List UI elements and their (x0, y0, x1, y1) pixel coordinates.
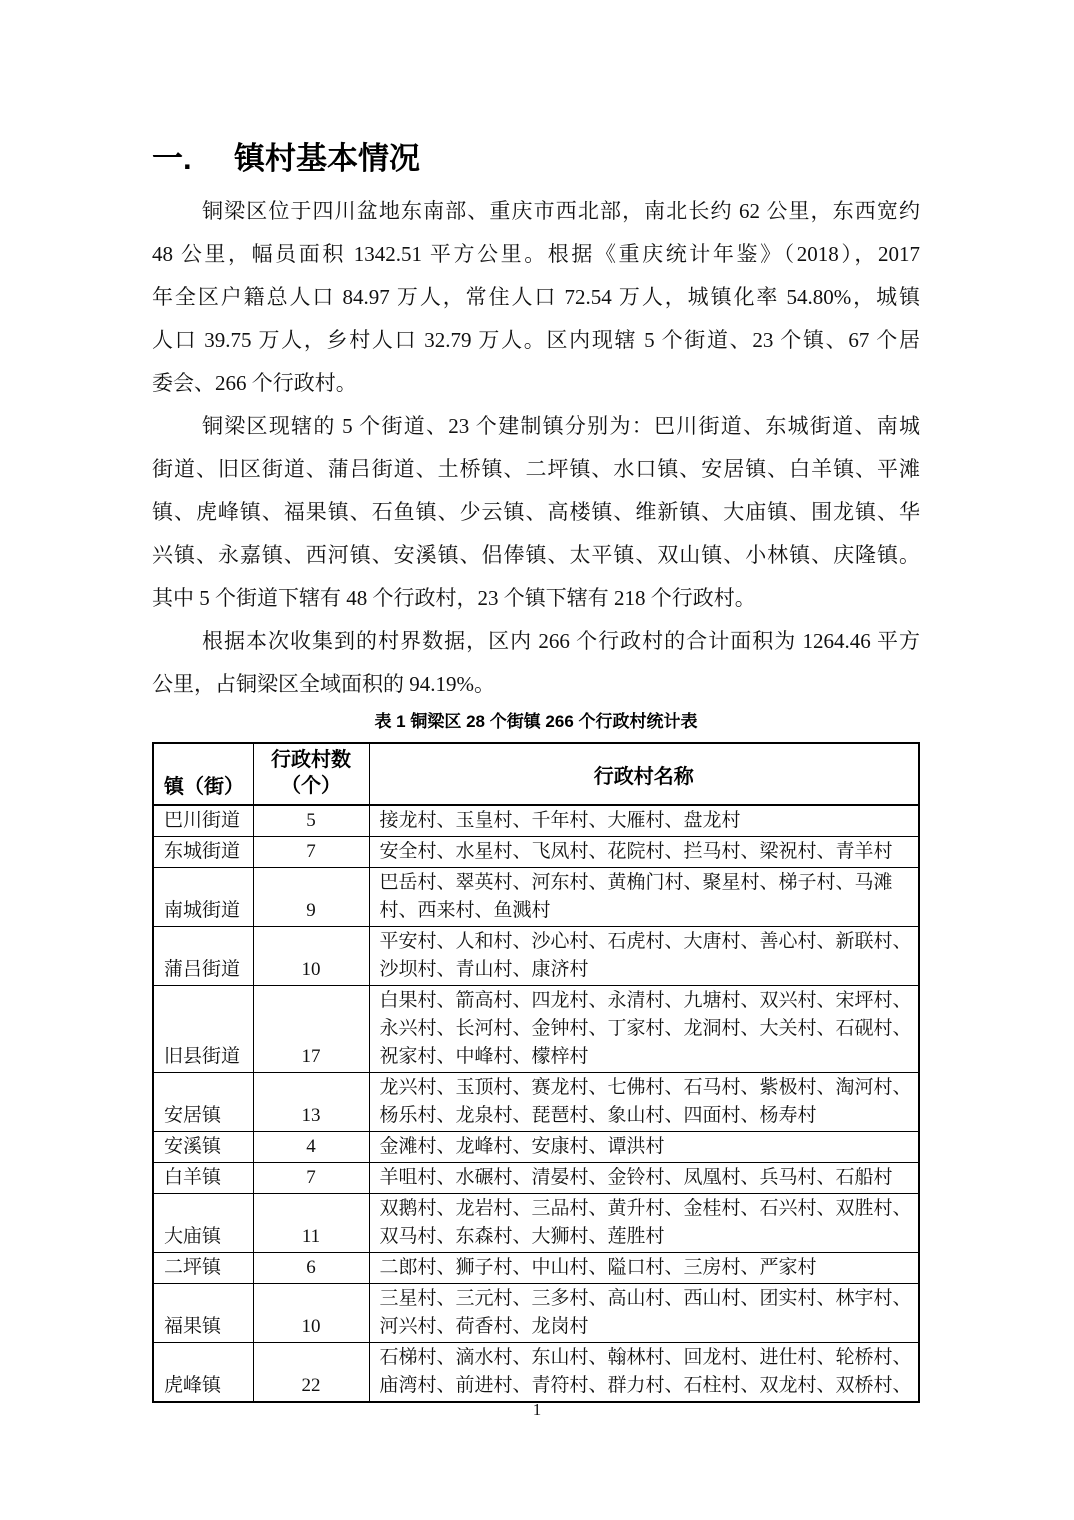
paragraph-line: 街道、旧区街道、蒲吕街道、土桥镇、二坪镇、水口镇、安居镇、白羊镇、平滩 (152, 448, 920, 491)
town-cell: 安溪镇 (153, 1132, 253, 1163)
count-cell: 6 (253, 1253, 369, 1284)
count-cell: 17 (253, 986, 369, 1073)
col-header-town: 镇（街） (153, 743, 253, 805)
villages-table: 镇（街） 行政村数 （个） 行政村名称 巴川街道5接龙村、玉皇村、千年村、大雁村… (152, 742, 920, 1403)
villages-cell: 双鹅村、龙岩村、三品村、黄升村、金桂村、石兴村、双胜村、双马村、东森村、大狮村、… (369, 1194, 919, 1253)
town-cell: 东城街道 (153, 837, 253, 868)
count-cell: 5 (253, 805, 369, 837)
paragraph-line: 铜梁区位于四川盆地东南部、重庆市西北部，南北长约 62 公里，东西宽约 (152, 190, 920, 233)
villages-cell: 羊咀村、水碾村、清晏村、金铃村、凤凰村、兵马村、石船村 (369, 1163, 919, 1194)
table-row: 旧县街道17白果村、箭高村、四龙村、永清村、九塘村、双兴村、宋坪村、永兴村、长河… (153, 986, 919, 1073)
count-cell: 10 (253, 927, 369, 986)
town-cell: 南城街道 (153, 868, 253, 927)
count-cell: 7 (253, 837, 369, 868)
villages-cell: 接龙村、玉皇村、千年村、大雁村、盘龙村 (369, 805, 919, 837)
table-row: 蒲吕街道10平安村、人和村、沙心村、石虎村、大唐村、善心村、新联村、沙坝村、青山… (153, 927, 919, 986)
table-row: 二坪镇6二郎村、狮子村、中山村、隘口村、三房村、严家村 (153, 1253, 919, 1284)
paragraph-line: 48 公里，幅员面积 1342.51 平方公里。根据《重庆统计年鉴》（2018）… (152, 233, 920, 276)
paragraph-line: 铜梁区现辖的 5 个街道、23 个建制镇分别为：巴川街道、东城街道、南城 (152, 405, 920, 448)
title-text: 镇村基本情况 (234, 141, 420, 176)
table-body: 巴川街道5接龙村、玉皇村、千年村、大雁村、盘龙村东城街道7安全村、水星村、飞凤村… (153, 805, 919, 1402)
table-row: 福果镇10三星村、三元村、三多村、高山村、西山村、团实村、林宇村、河兴村、荷香村… (153, 1284, 919, 1343)
table-row: 安溪镇4金滩村、龙峰村、安康村、谭洪村 (153, 1132, 919, 1163)
villages-cell: 白果村、箭高村、四龙村、永清村、九塘村、双兴村、宋坪村、永兴村、长河村、金钟村、… (369, 986, 919, 1073)
paragraph-line: 年全区户籍总人口 84.97 万人，常住人口 72.54 万人，城镇化率 54.… (152, 276, 920, 319)
paragraph-line: 人口 39.75 万人，乡村人口 32.79 万人。区内现辖 5 个街道、23 … (152, 319, 920, 362)
title-number: 一. (152, 140, 234, 178)
villages-cell: 金滩村、龙峰村、安康村、谭洪村 (369, 1132, 919, 1163)
paragraph-line: 公里，占铜梁区全域面积的 94.19%。 (152, 663, 920, 706)
paragraph-line: 委会、266 个行政村。 (152, 362, 920, 405)
table-row: 巴川街道5接龙村、玉皇村、千年村、大雁村、盘龙村 (153, 805, 919, 837)
table-row: 大庙镇11双鹅村、龙岩村、三品村、黄升村、金桂村、石兴村、双胜村、双马村、东森村… (153, 1194, 919, 1253)
document-page: 一.镇村基本情况 铜梁区位于四川盆地东南部、重庆市西北部，南北长约 62 公里，… (0, 0, 1074, 1520)
paragraph-line: 根据本次收集到的村界数据，区内 266 个行政村的合计面积为 1264.46 平… (152, 620, 920, 663)
page-title: 一.镇村基本情况 (152, 140, 920, 178)
town-cell: 福果镇 (153, 1284, 253, 1343)
town-cell: 蒲吕街道 (153, 927, 253, 986)
villages-cell: 石梯村、滴水村、东山村、翰林村、回龙村、进仕村、轮桥村、庙湾村、前进村、青符村、… (369, 1343, 919, 1403)
table-row: 东城街道7安全村、水星村、飞凤村、花院村、拦马村、梁祝村、青羊村 (153, 837, 919, 868)
town-cell: 大庙镇 (153, 1194, 253, 1253)
villages-cell: 龙兴村、玉顶村、赛龙村、七佛村、石马村、紫极村、淘河村、杨乐村、龙泉村、琵琶村、… (369, 1073, 919, 1132)
table-row: 安居镇13龙兴村、玉顶村、赛龙村、七佛村、石马村、紫极村、淘河村、杨乐村、龙泉村… (153, 1073, 919, 1132)
table-row: 南城街道9巴岳村、翠英村、河东村、黄桷门村、聚星村、梯子村、马滩村、西来村、鱼溅… (153, 868, 919, 927)
villages-cell: 巴岳村、翠英村、河东村、黄桷门村、聚星村、梯子村、马滩村、西来村、鱼溅村 (369, 868, 919, 927)
body-paragraphs: 铜梁区位于四川盆地东南部、重庆市西北部，南北长约 62 公里，东西宽约48 公里… (152, 190, 920, 706)
town-cell: 白羊镇 (153, 1163, 253, 1194)
town-cell: 安居镇 (153, 1073, 253, 1132)
count-cell: 9 (253, 868, 369, 927)
paragraph-line: 镇、虎峰镇、福果镇、石鱼镇、少云镇、高楼镇、维新镇、大庙镇、围龙镇、华 (152, 491, 920, 534)
paragraph-1: 铜梁区位于四川盆地东南部、重庆市西北部，南北长约 62 公里，东西宽约48 公里… (152, 190, 920, 405)
count-cell: 11 (253, 1194, 369, 1253)
paragraph-line: 其中 5 个街道下辖有 48 个行政村，23 个镇下辖有 218 个行政村。 (152, 577, 920, 620)
count-cell: 7 (253, 1163, 369, 1194)
town-cell: 虎峰镇 (153, 1343, 253, 1403)
page-number: 1 (0, 1400, 1074, 1420)
villages-cell: 二郎村、狮子村、中山村、隘口村、三房村、严家村 (369, 1253, 919, 1284)
table-row: 白羊镇7羊咀村、水碾村、清晏村、金铃村、凤凰村、兵马村、石船村 (153, 1163, 919, 1194)
table-row: 虎峰镇22石梯村、滴水村、东山村、翰林村、回龙村、进仕村、轮桥村、庙湾村、前进村… (153, 1343, 919, 1403)
table-header-row: 镇（街） 行政村数 （个） 行政村名称 (153, 743, 919, 805)
count-cell: 13 (253, 1073, 369, 1132)
count-cell: 22 (253, 1343, 369, 1403)
table-caption: 表 1 铜梁区 28 个街镇 266 个行政村统计表 (152, 712, 920, 732)
count-cell: 10 (253, 1284, 369, 1343)
villages-cell: 安全村、水星村、飞凤村、花院村、拦马村、梁祝村、青羊村 (369, 837, 919, 868)
count-cell: 4 (253, 1132, 369, 1163)
col-header-count: 行政村数 （个） (253, 743, 369, 805)
paragraph-3: 根据本次收集到的村界数据，区内 266 个行政村的合计面积为 1264.46 平… (152, 620, 920, 706)
town-cell: 巴川街道 (153, 805, 253, 837)
villages-cell: 三星村、三元村、三多村、高山村、西山村、团实村、林宇村、河兴村、荷香村、龙岗村 (369, 1284, 919, 1343)
paragraph-2: 铜梁区现辖的 5 个街道、23 个建制镇分别为：巴川街道、东城街道、南城街道、旧… (152, 405, 920, 620)
col-header-names: 行政村名称 (369, 743, 919, 805)
paragraph-line: 兴镇、永嘉镇、西河镇、安溪镇、侣俸镇、太平镇、双山镇、小林镇、庆隆镇。 (152, 534, 920, 577)
villages-cell: 平安村、人和村、沙心村、石虎村、大唐村、善心村、新联村、沙坝村、青山村、康济村 (369, 927, 919, 986)
page-content: 一.镇村基本情况 铜梁区位于四川盆地东南部、重庆市西北部，南北长约 62 公里，… (0, 0, 1074, 1403)
town-cell: 二坪镇 (153, 1253, 253, 1284)
town-cell: 旧县街道 (153, 986, 253, 1073)
